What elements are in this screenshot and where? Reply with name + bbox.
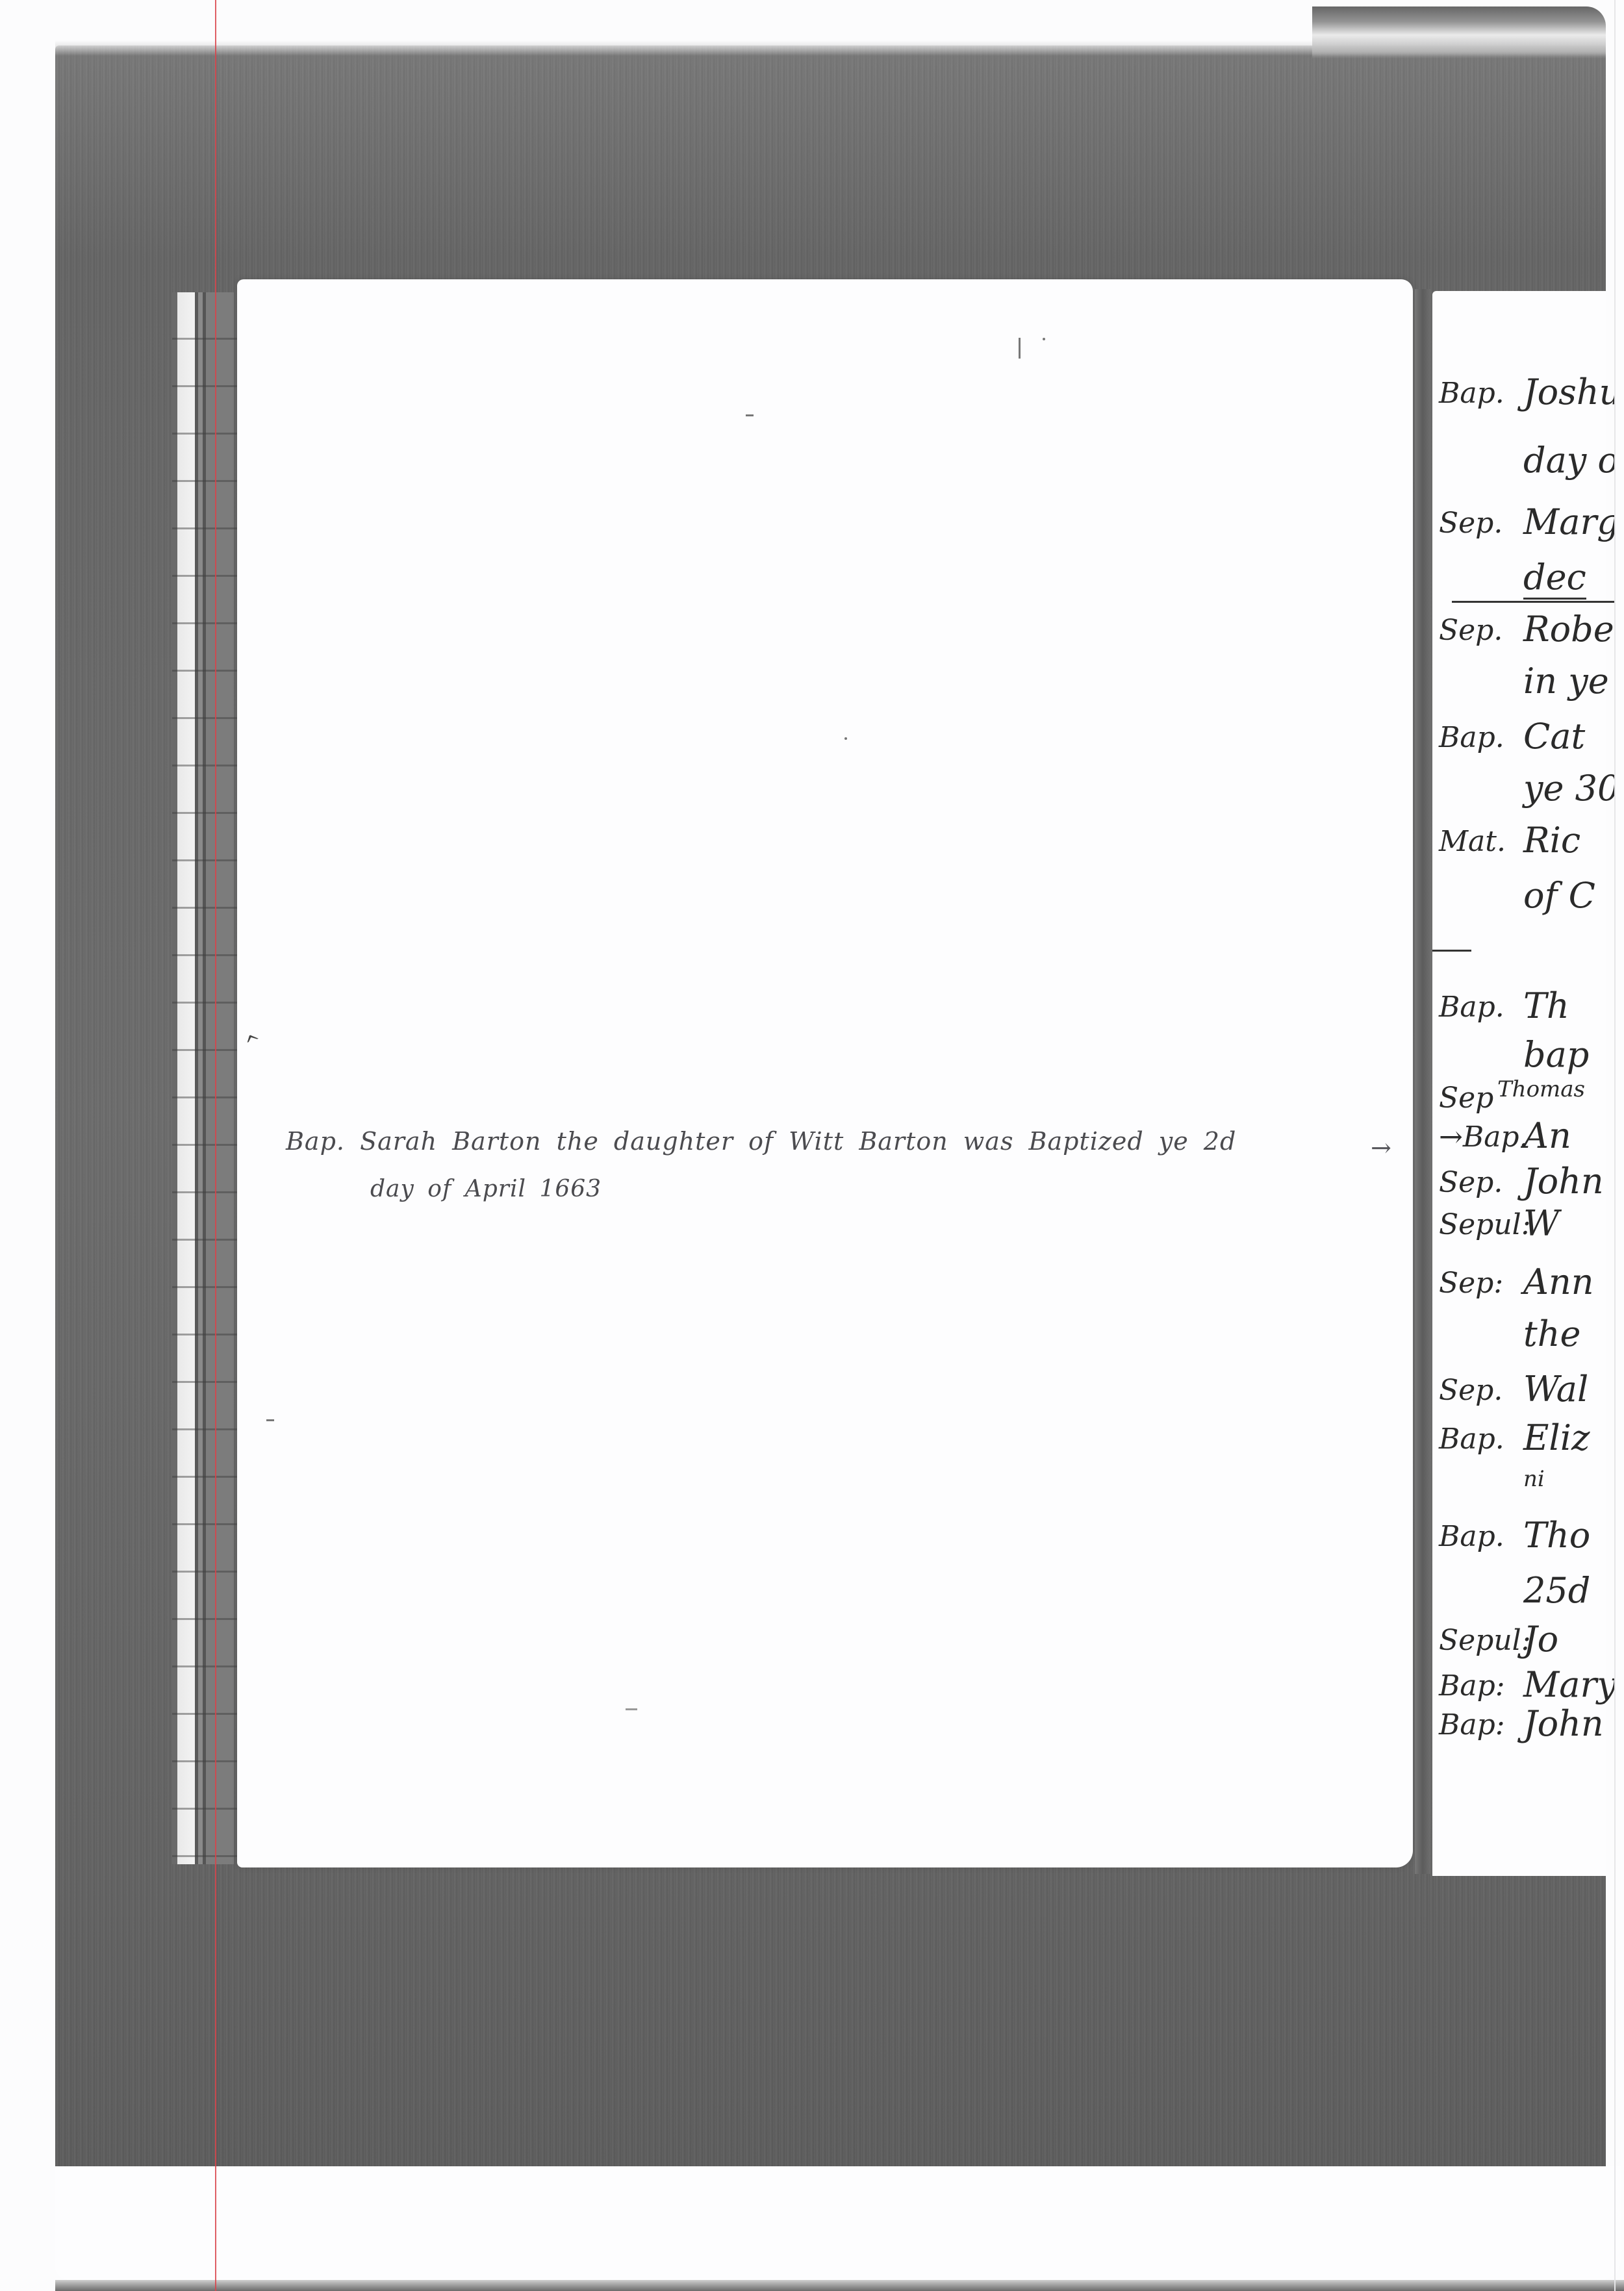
- entry-type-label: Sep.: [1439, 1166, 1503, 1199]
- entry-text: of C: [1523, 875, 1595, 916]
- baptism-entry-line-2: day of April 1663: [370, 1176, 602, 1202]
- entry-text: W: [1523, 1203, 1560, 1244]
- entry-text: Th: [1523, 985, 1569, 1026]
- entry-text: Mary: [1523, 1664, 1614, 1705]
- entry-text: Thomas: [1497, 1076, 1585, 1102]
- entry-type-label: →Bap.: [1439, 1120, 1529, 1154]
- entry-text: in ye: [1523, 661, 1609, 702]
- entry-type-label: Sep.: [1439, 1374, 1503, 1407]
- entry-type-label: Bap.: [1439, 377, 1504, 410]
- stray-mark: [266, 1419, 274, 1421]
- entry-type-label: Sep:: [1439, 1267, 1503, 1300]
- entry-text: Robe: [1523, 609, 1614, 650]
- entry-text: Ann: [1523, 1261, 1594, 1302]
- red-margin-line: [215, 0, 216, 2291]
- entry-type-label: Mat.: [1439, 825, 1506, 858]
- entry-type-label: Sep: [1439, 1082, 1493, 1115]
- entry-type-label: Bap.: [1439, 1423, 1504, 1456]
- entry-text: ni: [1523, 1466, 1545, 1492]
- arrow-icon: →: [1371, 1133, 1392, 1162]
- entry-type-label: Bap.: [1439, 1520, 1504, 1553]
- entry-text: Joshu: [1523, 372, 1614, 412]
- entry-type-label: Bap.: [1439, 721, 1504, 754]
- entry-text: dec: [1523, 557, 1586, 600]
- entry-text: Tho: [1523, 1515, 1590, 1556]
- entry-text: 25d: [1523, 1570, 1590, 1611]
- entry-text: An: [1523, 1115, 1571, 1156]
- entry-text: John: [1523, 1703, 1604, 1744]
- stray-mark: [746, 414, 754, 416]
- entry-text: John: [1523, 1161, 1604, 1202]
- book-gutter: [1415, 289, 1430, 1874]
- entry-text: Cat: [1523, 716, 1585, 757]
- entry-text: bap: [1523, 1034, 1589, 1075]
- lower-white-band: [55, 2166, 1621, 2280]
- entry-type-label: Sep.: [1439, 507, 1503, 540]
- entry-text: Ric: [1523, 820, 1580, 861]
- baptism-entry-line-1: Bap. Sarah Barton the daughter of Witt B…: [286, 1127, 1236, 1156]
- entry-text: the: [1523, 1313, 1580, 1354]
- entry-text: ye 30: [1523, 768, 1614, 809]
- entry-text: Jo: [1523, 1619, 1558, 1660]
- entry-type-label: Bap:: [1439, 1669, 1505, 1702]
- left-page: [237, 279, 1413, 1867]
- stray-mark: [626, 1708, 637, 1710]
- stray-mark: [1019, 338, 1021, 359]
- frame-top-right-glare: [1312, 6, 1606, 58]
- entry-type-label: Bap:: [1439, 1708, 1505, 1741]
- entry-text: Marg: [1523, 501, 1614, 542]
- page-stack-ruling: [172, 292, 237, 1864]
- entry-text: day o: [1523, 440, 1614, 481]
- bottom-scan-edge: [55, 2280, 1624, 2291]
- right-page-entries: Bap.Joshuday oSep.MargdecSep.Robein yeBa…: [1432, 292, 1614, 1877]
- entry-type-label: Sepul:: [1439, 1208, 1531, 1241]
- entry-type-label: Sep.: [1439, 614, 1503, 647]
- right-scan-edge: [1614, 0, 1616, 2291]
- entry-type-label: Sepul:: [1439, 1624, 1531, 1657]
- entry-text: Eliz: [1523, 1417, 1590, 1458]
- entry-separator: [1452, 601, 1614, 603]
- entry-separator: [1432, 950, 1471, 952]
- stray-mark: [844, 737, 847, 740]
- entry-text: Wal: [1523, 1369, 1588, 1410]
- stray-mark: [1043, 338, 1045, 340]
- entry-type-label: Bap.: [1439, 991, 1504, 1024]
